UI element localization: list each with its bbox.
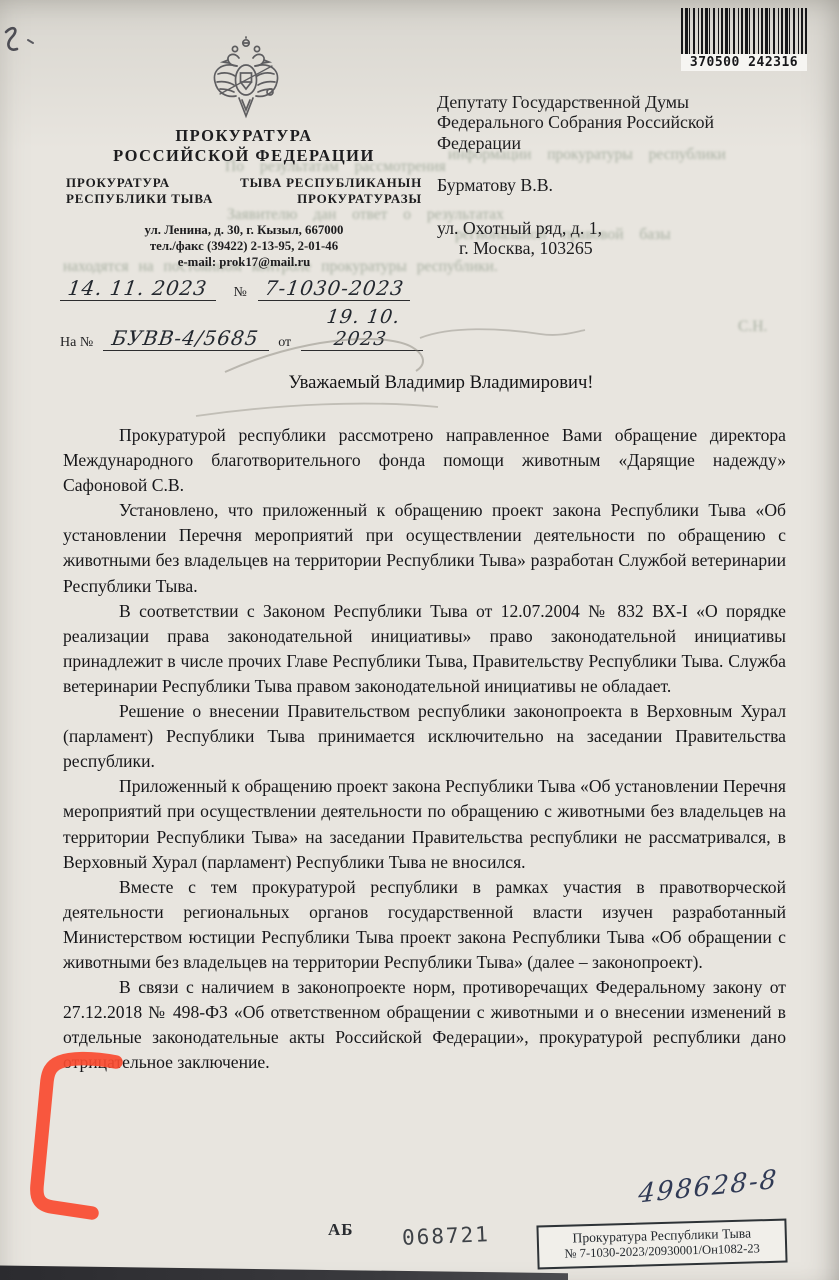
- red-marker-bracket: [18, 1048, 128, 1220]
- letterhead-org-title: ПРОКУРАТУРА РОССИЙСКОЙ ФЕДЕРАЦИИ: [66, 126, 422, 166]
- executor-initials: АБ: [328, 1220, 354, 1240]
- letterhead-name-russian: ПРОКУРАТУРА РЕСПУБЛИКИ ТЫВА: [66, 175, 213, 206]
- letter-paragraph: В связи с наличием в законопроекте норм,…: [63, 975, 786, 1075]
- outgoing-reference-row: 14. 11. 2023 № 7-1030-2023: [60, 276, 440, 306]
- letterhead-line2: РОССИЙСКОЙ ФЕДЕРАЦИИ: [66, 146, 422, 166]
- bleed-through-signature: С.Н.: [738, 318, 767, 336]
- form-number: 068721: [402, 1222, 491, 1250]
- letter-paragraph: Установлено, что приложенный к обращению…: [63, 498, 786, 598]
- letterhead-contact-block: ул. Ленина, д. 30, г. Кызыл, 667000 тел.…: [66, 223, 422, 270]
- recipient-address-block: Депутату Государственной Думы Федерально…: [437, 92, 807, 258]
- incoming-number-field: БУВВ-4/5685: [103, 326, 269, 351]
- registration-barcode: 370500 242316: [681, 8, 807, 70]
- letter-paragraph: Решение о внесении Правительством респуб…: [63, 699, 786, 774]
- letter-paragraph: Вместе с тем прокуратурой республики в р…: [63, 875, 786, 975]
- recipient-line3: Федерации: [437, 133, 807, 153]
- salutation: Уважаемый Владимир Владимирович!: [80, 372, 802, 394]
- letterhead-email: e-mail: prok17@mail.ru: [66, 255, 422, 271]
- reference-number-block: 14. 11. 2023 № 7-1030-2023 На № БУВВ-4/5…: [60, 276, 440, 336]
- letter-body: Прокуратурой республики рассмотрено напр…: [63, 423, 786, 1075]
- letterhead-ru-line2: РЕСПУБЛИКИ ТЫВА: [66, 191, 213, 207]
- recipient-city: г. Москва, 103265: [437, 238, 807, 258]
- incoming-date-field: 19. 10. 2023: [301, 306, 423, 351]
- scanned-letter-photo: информации прокуратуры республики По рез…: [0, 0, 839, 1280]
- outgoing-number-handwritten: 7-1030-2023: [263, 276, 405, 300]
- letterhead-phone: тел./факс (39422) 2-13-95, 2-01-46: [66, 239, 422, 255]
- letterhead-name-tuvan: ТЫВА РЕСПУБЛИКАНЫН ПРОКУРАТУРАЗЫ: [240, 175, 422, 206]
- letter-paragraph: Приложенный к обращению проект закона Ре…: [63, 774, 786, 874]
- russia-coat-of-arms-emblem: [206, 36, 286, 126]
- letterhead-tyv-line2: ПРОКУРАТУРАЗЫ: [240, 191, 422, 207]
- letter-paragraph: Прокуратурой республики рассмотрено напр…: [63, 423, 786, 498]
- number-sign-label: №: [234, 285, 247, 300]
- photo-bottom-edge: [0, 1263, 568, 1280]
- barcode-digits: 370500 242316: [681, 54, 807, 71]
- outgoing-date-handwritten: 14. 11. 2023: [67, 276, 210, 300]
- barcode-bars: [681, 8, 807, 58]
- letterhead-street-address: ул. Ленина, д. 30, г. Кызыл, 667000: [66, 223, 422, 239]
- recipient-name: Бурматову В.В.: [437, 175, 807, 195]
- registration-stamp: Прокуратура Республики Тыва № 7-1030-202…: [536, 1219, 787, 1270]
- recipient-line2: Федерального Собрания Российской: [437, 112, 807, 132]
- incoming-date-handwritten: 19. 10. 2023: [298, 306, 426, 350]
- handwritten-registration-number: 498628-8: [637, 1164, 779, 1209]
- letterhead-tyv-line1: ТЫВА РЕСПУБЛИКАНЫН: [240, 175, 422, 191]
- outgoing-date-field: 14. 11. 2023: [60, 276, 216, 301]
- letter-paragraph: В соответствии с Законом Республики Тыва…: [63, 599, 786, 699]
- outgoing-number-field: 7-1030-2023: [258, 276, 410, 301]
- na-number-label: На №: [60, 335, 93, 350]
- recipient-street: ул. Охотный ряд, д. 1,: [437, 218, 807, 238]
- ot-label: от: [278, 335, 291, 350]
- letterhead-bilingual-names: ПРОКУРАТУРА РЕСПУБЛИКИ ТЫВА ТЫВА РЕСПУБЛ…: [66, 175, 422, 206]
- incoming-reference-row: На № БУВВ-4/5685 от 19. 10. 2023: [60, 306, 440, 336]
- letterhead-line1: ПРОКУРАТУРА: [66, 126, 422, 146]
- recipient-line1: Депутату Государственной Думы: [437, 92, 807, 112]
- letterhead-ru-line1: ПРОКУРАТУРА: [66, 175, 213, 191]
- incoming-number-handwritten: БУВВ-4/5685: [111, 326, 261, 350]
